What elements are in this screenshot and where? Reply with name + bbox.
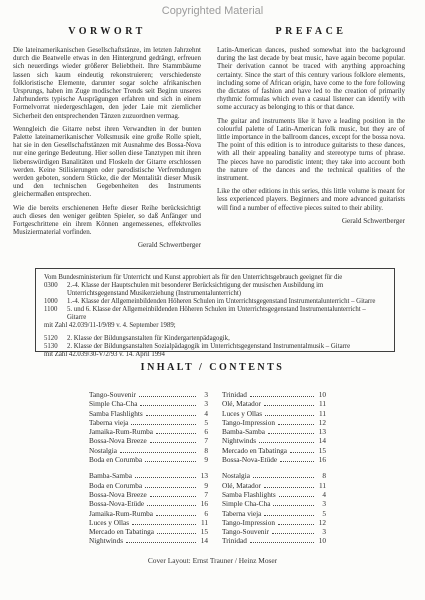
toc-piece-title: Trinidad xyxy=(222,536,247,545)
toc-piece-title: Trinidad xyxy=(222,390,247,399)
vorwort-paragraph: Wenngleich die Gitarre nebst ihren Verwa… xyxy=(13,125,201,199)
toc-entry: Bossa-Nova-Etüde16 xyxy=(89,499,208,508)
toc-entry: Bamba-Samba13 xyxy=(89,471,208,480)
toc-entry: Bamba-Samba13 xyxy=(222,427,326,436)
dotted-leader xyxy=(139,390,196,397)
toc-piece-title: Simple Cha-Cha xyxy=(89,399,137,408)
toc-piece-title: Taberna vieja xyxy=(89,418,128,427)
toc-page-number: 10 xyxy=(317,536,326,545)
dotted-leader xyxy=(140,399,196,406)
contents-group-by-page: Tango-Souvenir3 Simple Cha-Cha3 Samba Fl… xyxy=(89,390,208,464)
approbation-note: mit Zahl 42.039/30-V/2/93 v. 14. April 1… xyxy=(44,351,386,359)
approbation-text: 2. Klasse der Bildungsanstalten Sozialpä… xyxy=(67,343,386,351)
approbation-text: 1.-4. Klasse der Allgemeinbildenden Höhe… xyxy=(67,298,386,306)
toc-entry: Boda en Corumba9 xyxy=(89,481,208,490)
toc-piece-title: Olé, Matador xyxy=(222,399,261,408)
dotted-leader xyxy=(250,536,314,543)
toc-page-number: 7 xyxy=(199,436,208,445)
toc-entry: Luces y Ollas11 xyxy=(222,409,326,418)
cover-layout-credit: Cover Layout: Ernst Trauner / Heinz Mose… xyxy=(0,556,425,565)
preface-signature: Gerald Schwertberger xyxy=(217,217,405,225)
copyright-watermark: Copyrighted Material xyxy=(0,5,425,17)
dotted-leader xyxy=(250,390,314,397)
dotted-leader xyxy=(132,518,196,525)
dotted-leader xyxy=(272,527,314,534)
toc-page-number: 7 xyxy=(199,490,208,499)
toc-piece-title: Samba Flashlights xyxy=(89,409,143,418)
toc-page-number: 13 xyxy=(199,471,208,480)
toc-entry: Jamaika-Rum-Rumba6 xyxy=(89,427,208,436)
dotted-leader xyxy=(145,455,196,462)
dotted-leader xyxy=(253,471,314,478)
toc-piece-title: Nostalgia xyxy=(89,446,117,455)
toc-piece-title: Taberna vieja xyxy=(222,509,261,518)
toc-page-number: 10 xyxy=(317,390,326,399)
toc-entry: Jamaika-Rum-Rumba6 xyxy=(89,509,208,518)
toc-page-number: 4 xyxy=(317,490,326,499)
dotted-leader xyxy=(280,455,314,462)
toc-entry: Simple Cha-Cha3 xyxy=(222,499,326,508)
dotted-leader xyxy=(120,446,196,453)
contents-group-by-page: Trinidad10 Olé, Matador11 Luces y Ollas1… xyxy=(222,390,326,464)
toc-entry: Boda en Corumba9 xyxy=(89,455,208,464)
toc-entry: Nightwinds14 xyxy=(89,536,208,545)
dotted-leader xyxy=(135,471,196,478)
approbation-box: Vom Bundesministerium für Unterricht und… xyxy=(35,268,395,352)
toc-piece-title: Bamba-Samba xyxy=(89,471,132,480)
preface-title: PREFACE xyxy=(217,26,405,37)
dotted-leader xyxy=(290,446,314,453)
toc-entry: Tango-Souvenir3 xyxy=(222,527,326,536)
approbation-code: 1000 xyxy=(44,298,67,306)
toc-piece-title: Simple Cha-Cha xyxy=(222,499,270,508)
toc-piece-title: Bossa-Nova-Etüde xyxy=(222,455,277,464)
toc-piece-title: Mercado en Tabatinga xyxy=(222,446,287,455)
toc-page-number: 14 xyxy=(317,436,326,445)
toc-entry: Nightwinds14 xyxy=(222,436,326,445)
toc-entry: Tango-Impression12 xyxy=(222,418,326,427)
dotted-leader xyxy=(157,527,196,534)
approbation-code: 5120 xyxy=(44,335,67,343)
toc-page-number: 8 xyxy=(199,446,208,455)
toc-piece-title: Olé, Matador xyxy=(222,481,261,490)
toc-page-number: 4 xyxy=(199,409,208,418)
toc-page-number: 13 xyxy=(317,427,326,436)
dotted-leader xyxy=(150,436,196,443)
toc-page-number: 8 xyxy=(317,471,326,480)
toc-page-number: 5 xyxy=(317,509,326,518)
approbation-code: 5130 xyxy=(44,343,67,351)
toc-entry: Simple Cha-Cha3 xyxy=(89,399,208,408)
toc-piece-title: Boda en Corumba xyxy=(89,481,142,490)
toc-page-number: 11 xyxy=(317,409,326,418)
toc-page-number: 15 xyxy=(317,446,326,455)
contents-heading: INHALT / CONTENTS xyxy=(0,362,425,373)
toc-entry: Samba Flashlights4 xyxy=(89,409,208,418)
toc-page-number: 3 xyxy=(317,499,326,508)
toc-entry: Mercado en Tabatinga15 xyxy=(222,446,326,455)
dotted-leader xyxy=(273,499,314,506)
toc-page-number: 3 xyxy=(199,399,208,408)
dotted-leader xyxy=(147,499,196,506)
toc-piece-title: Tango-Impression xyxy=(222,418,275,427)
toc-piece-title: Bossa-Nova-Etüde xyxy=(89,499,144,508)
toc-piece-title: Jamaika-Rum-Rumba xyxy=(89,509,153,518)
toc-entry: Samba Flashlights4 xyxy=(222,490,326,499)
dotted-leader xyxy=(278,418,314,425)
dotted-leader xyxy=(146,409,196,416)
toc-entry: Olé, Matador11 xyxy=(222,399,326,408)
toc-piece-title: Nightwinds xyxy=(222,436,256,445)
toc-piece-title: Luces y Ollas xyxy=(222,409,262,418)
toc-page-number: 15 xyxy=(199,527,208,536)
toc-page-number: 3 xyxy=(317,527,326,536)
toc-entry: Bossa-Nova Breeze7 xyxy=(89,490,208,499)
contents-group-alphabetical: Bamba-Samba13 Boda en Corumba9 Bossa-Nov… xyxy=(89,471,208,545)
vorwort-column: VORWORT Die lateinamerikanischen Gesells… xyxy=(13,26,201,249)
toc-piece-title: Nostalgia xyxy=(222,471,250,480)
dotted-leader xyxy=(278,518,314,525)
approbation-item: 0300 2.-4. Klasse der Hauptschulen mit b… xyxy=(44,282,386,298)
approbation-text: 2.-4. Klasse der Hauptschulen mit besond… xyxy=(67,282,386,298)
dotted-leader xyxy=(268,427,314,434)
toc-page-number: 12 xyxy=(317,418,326,427)
approbation-item: 1000 1.-4. Klasse der Allgemeinbildenden… xyxy=(44,298,386,306)
vorwort-signature: Gerald Schwertberger xyxy=(13,241,201,249)
toc-piece-title: Luces y Ollas xyxy=(89,518,129,527)
toc-entry: Taberna vieja5 xyxy=(89,418,208,427)
approbation-item: 5120 2. Klasse der Bildungsanstalten für… xyxy=(44,335,386,343)
approbation-code: 0300 xyxy=(44,282,67,298)
toc-piece-title: Tango-Souvenir xyxy=(222,527,269,536)
toc-entry: Nostalgia8 xyxy=(222,471,326,480)
approbation-intro: Vom Bundesministerium für Unterricht und… xyxy=(44,274,386,282)
dotted-leader xyxy=(264,509,314,516)
toc-entry: Nostalgia8 xyxy=(89,446,208,455)
toc-piece-title: Mercado en Tabatinga xyxy=(89,527,154,536)
toc-page-number: 9 xyxy=(199,481,208,490)
toc-page-number: 12 xyxy=(317,518,326,527)
vorwort-paragraph: Die lateinamerikanischen Gesellschaftstä… xyxy=(13,46,201,120)
toc-page-number: 6 xyxy=(199,427,208,436)
foreword-columns: VORWORT Die lateinamerikanischen Gesells… xyxy=(13,26,405,249)
approbation-item: 1100 5. und 6. Klasse der Allgemeinbilde… xyxy=(44,306,386,322)
contents-group-alphabetical: Nostalgia8 Olé, Matador11 Samba Flashlig… xyxy=(222,471,326,545)
toc-page-number: 16 xyxy=(317,455,326,464)
dotted-leader xyxy=(279,490,314,497)
toc-piece-title: Samba Flashlights xyxy=(222,490,276,499)
toc-page-number: 11 xyxy=(199,518,208,527)
toc-entry: Tango-Souvenir3 xyxy=(89,390,208,399)
dotted-leader xyxy=(126,536,196,543)
toc-piece-title: Bamba-Samba xyxy=(222,427,265,436)
toc-piece-title: Boda en Corumba xyxy=(89,455,142,464)
contents-right-column: Trinidad10 Olé, Matador11 Luces y Ollas1… xyxy=(222,390,326,546)
approbation-text: 5. und 6. Klasse der Allgemeinbildenden … xyxy=(67,306,386,322)
toc-entry: Olé, Matador11 xyxy=(222,481,326,490)
toc-entry: Trinidad10 xyxy=(222,390,326,399)
toc-page-number: 11 xyxy=(317,399,326,408)
vorwort-paragraph: Wie die bereits erschienenen Hefte diese… xyxy=(13,204,201,237)
dotted-leader xyxy=(264,481,314,488)
preface-paragraph: Like the other editions in this series, … xyxy=(217,187,405,212)
dotted-leader xyxy=(156,427,196,434)
toc-entry: Luces y Ollas11 xyxy=(89,518,208,527)
approbation-code: 1100 xyxy=(44,306,67,322)
toc-entry: Taberna vieja5 xyxy=(222,509,326,518)
toc-entry: Mercado en Tabatinga15 xyxy=(89,527,208,536)
preface-column: PREFACE Latin-American dances, pushed so… xyxy=(217,26,405,249)
toc-page-number: 9 xyxy=(199,455,208,464)
dotted-leader xyxy=(259,436,314,443)
toc-piece-title: Jamaika-Rum-Rumba xyxy=(89,427,153,436)
toc-piece-title: Tango-Souvenir xyxy=(89,390,136,399)
contents-left-column: Tango-Souvenir3 Simple Cha-Cha3 Samba Fl… xyxy=(89,390,208,546)
toc-page-number: 11 xyxy=(317,481,326,490)
approbation-note: mit Zahl 42.039/11-I/9/89 v. 4. Septembe… xyxy=(44,322,386,330)
toc-entry: Trinidad10 xyxy=(222,536,326,545)
vorwort-title: VORWORT xyxy=(13,26,201,37)
toc-piece-title: Bossa-Nova Breeze xyxy=(89,490,147,499)
toc-entry: Tango-Impression12 xyxy=(222,518,326,527)
toc-page-number: 5 xyxy=(199,418,208,427)
preface-paragraph: Latin-American dances, pushed somewhat i… xyxy=(217,46,405,112)
dotted-leader xyxy=(145,481,196,488)
toc-piece-title: Bossa-Nova Breeze xyxy=(89,436,147,445)
preface-paragraph: The guitar and instruments like it have … xyxy=(217,117,405,183)
toc-page-number: 16 xyxy=(199,499,208,508)
dotted-leader xyxy=(156,509,196,516)
toc-piece-title: Tango-Impression xyxy=(222,518,275,527)
dotted-leader xyxy=(265,409,314,416)
toc-piece-title: Nightwinds xyxy=(89,536,123,545)
dotted-leader xyxy=(264,399,314,406)
approbation-text: 2. Klasse der Bildungsanstalten für Kind… xyxy=(67,335,386,343)
toc-entry: Bossa-Nova Breeze7 xyxy=(89,436,208,445)
toc-entry: Bossa-Nova-Etüde16 xyxy=(222,455,326,464)
toc-page-number: 3 xyxy=(199,390,208,399)
toc-page-number: 14 xyxy=(199,536,208,545)
approbation-item: 5130 2. Klasse der Bildungsanstalten Soz… xyxy=(44,343,386,351)
dotted-leader xyxy=(131,418,196,425)
toc-page-number: 6 xyxy=(199,509,208,518)
dotted-leader xyxy=(150,490,196,497)
